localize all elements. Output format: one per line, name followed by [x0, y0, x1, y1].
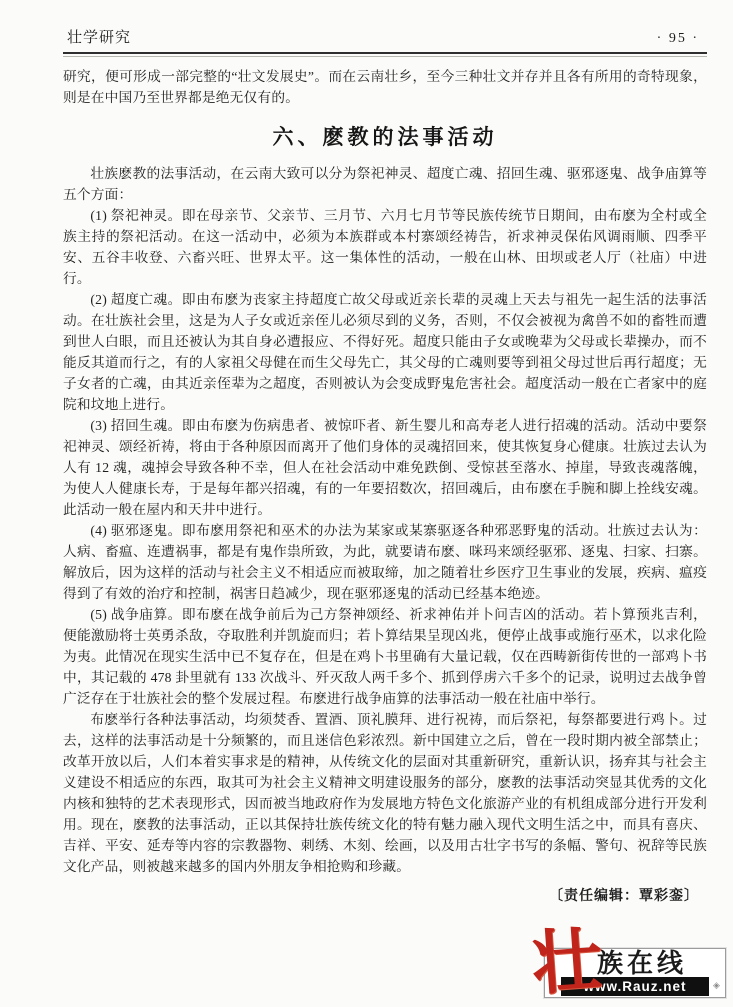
page-number: · 95 · — [657, 31, 701, 47]
paragraph-item-2: (2) 超度亡魂。即由布麽为丧家主持超度亡故父母或近亲长辈的灵魂上天去与祖先一起… — [63, 289, 707, 415]
logo-site-name: 族在线 — [597, 949, 723, 978]
rauz-site-logo: 壮 族在线 ◈ www.Rauz.net ◈ — [530, 930, 728, 1005]
editor-note: 〔责任编辑：覃彩銮〕 — [63, 886, 707, 907]
running-header: 壮学研究 · 95 · — [63, 26, 707, 52]
journal-title: 壮学研究 — [67, 26, 131, 47]
article-body: 研究，便可形成一部完整的“壮文发展史”。而在云南壮乡，至今三种壮文并存并且各有所… — [63, 66, 707, 907]
zhuang-calligraphy-glyph: 壮 — [530, 925, 605, 1004]
page-content: 壮学研究 · 95 · 研究，便可形成一部完整的“壮文发展史”。而在云南壮乡，至… — [63, 26, 707, 907]
paragraph-item-1: (1) 祭祀神灵。即在母亲节、父亲节、三月节、六月七月节等民族传统节日期间，由布… — [63, 205, 707, 289]
paragraph-closing: 布麽举行各种法事活动，均须焚香、置酒、顶礼膜拜、进行祝祷，而后祭祀，每祭都要进行… — [63, 709, 707, 877]
diamond-ornament-right-icon: ◈ — [709, 977, 724, 996]
continuation-paragraph: 研究，便可形成一部完整的“壮文发展史”。而在云南壮乡，至今三种壮文并存并且各有所… — [63, 66, 707, 108]
paragraph-intro: 壮族麽教的法事活动，在云南大致可以分为祭祀神灵、超度亡魂、招回生魂、驱邪逐鬼、战… — [63, 163, 707, 205]
section-title: 六、麽教的法事活动 — [63, 121, 707, 151]
document-page: 壮学研究 · 95 · 研究，便可形成一部完整的“壮文发展史”。而在云南壮乡，至… — [0, 0, 733, 1007]
paragraph-item-4: (4) 驱邪逐鬼。即布麽用祭祀和巫术的办法为某家或某寨驱逐各种邪恶野鬼的活动。壮… — [63, 520, 707, 604]
paragraph-item-3: (3) 招回生魂。即由布麽为伤病患者、被惊吓者、新生婴儿和高寿老人进行招魂的活动… — [63, 415, 707, 520]
header-rule — [63, 52, 707, 57]
paragraph-item-5: (5) 战争庙算。即布麽在战争前后为己方祭神颂经、祈求神佑并卜问吉凶的活动。若卜… — [63, 604, 707, 709]
